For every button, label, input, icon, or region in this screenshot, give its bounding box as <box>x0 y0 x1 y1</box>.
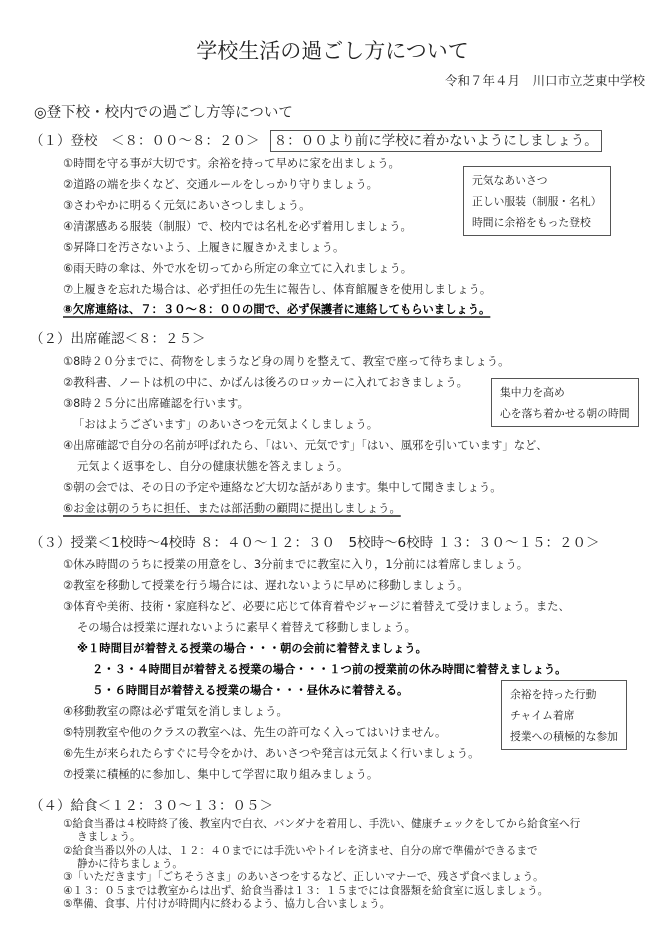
note-line: 正しい服装（制服・名札） <box>472 191 602 212</box>
list-item: ③体育や美術、技術・家庭科など、必要に応じて体育着やジャージに着替えて受けましょ… <box>63 601 570 612</box>
note-line: 余裕を持った行動 <box>510 684 618 705</box>
note-box-class: 余裕を持った行動 チャイム着席 授業への積極的な参加 <box>501 680 627 750</box>
changing-note: ５・６時間目が着替える授業の場合・・・昼休みに着替える。 <box>92 685 408 696</box>
section-1-title: （１）登校 ＜８：００～８：２０＞ <box>30 133 260 149</box>
note-box-arrival: 元気なあいさつ 正しい服装（制服・名札） 時間に余裕をもった登校 <box>463 166 611 236</box>
note-line: チャイム着席 <box>510 705 618 726</box>
list-item: ③「いただきます」「ごちそうさま」のあいさつをするなど、正しいマナーで、残さず食… <box>63 872 544 883</box>
list-item: ④出席確認で自分の名前が呼ばれたら、「はい、元気です」「はい、風邪を引いています… <box>63 440 548 451</box>
list-item: ⑤特別教室や他のクラスの教室へは、先生の許可なく入ってはいけません。 <box>63 727 446 738</box>
section-3-heading: （３）授業＜1校時～4校時 ８：４０～１２：３０ 5校時～6校時 １３：３０～１… <box>30 537 599 551</box>
list-item: ⑤準備、食事、片付けが時間内に終わるよう、協力し合いましょう。 <box>63 899 390 910</box>
note-line: 元気なあいさつ <box>472 170 602 191</box>
list-item: その場合は授業に遅れないように素早く着替えて移動しましょう。 <box>77 622 416 633</box>
list-item: 元気よく返事をし、自分の健康状態を答えましょう。 <box>77 461 348 472</box>
list-item: ②給食当番以外の人は、１２：４０までには手洗いやトイレを済ませ、自分の席で準備が… <box>63 846 538 857</box>
list-item: きましょう。 <box>77 832 141 843</box>
arrival-time-notice: ８：００より前に学校に着かないようにしましょう。 <box>270 130 602 152</box>
note-line: 心を落ち着かせる朝の時間 <box>500 403 630 424</box>
section-2-heading: （２）出席確認＜８：２５＞ <box>30 333 206 347</box>
note-line: 時間に余裕をもった登校 <box>472 212 602 233</box>
section-4-heading: （４）給食＜１２：３０～１３：０５＞ <box>30 800 273 814</box>
list-item: ③さわやかに明るく元気にあいさつしましょう。 <box>63 200 310 211</box>
note-box-attendance: 集中力を高め 心を落ち着かせる朝の時間 <box>491 378 639 427</box>
list-item: ①8時２０分までに、荷物をしまうなど身の周りを整えて、教室で座って待ちましょう。 <box>63 356 509 367</box>
list-item: 「おはようございます」のあいさつを元気よくしましょう。 <box>73 419 378 430</box>
list-item: ①時間を守る事が大切です。余裕を持って早めに家を出ましょう。 <box>63 158 400 169</box>
list-item: ③8時２５分に出席確認を行います。 <box>63 398 249 409</box>
section-1-heading: （１）登校 ＜８：００～８：２０＞ ８：００より前に学校に着かないようにしましょ… <box>30 135 602 149</box>
list-item: ⑥雨天時の傘は、外で水を切ってから所定の傘立てに入れましょう。 <box>63 263 412 274</box>
list-item: ④清潔感ある服装（制服）で、校内では名札を必ず着用しましょう。 <box>63 221 412 232</box>
note-line: 集中力を高め <box>500 382 630 403</box>
list-item: ①休み時間のうちに授業の用意をし、3分前までに教室に入り，1分前には着席しましょ… <box>63 559 528 570</box>
list-item: ②教室を移動して授業を行う場合には、遅れないように早めに移動しましょう。 <box>63 580 469 591</box>
section-heading: ◎登下校・校内での過ごし方等について <box>34 106 293 121</box>
list-item: ⑤朝の会では、その日の予定や連絡など大切な話があります。集中して聞きましょう。 <box>63 482 502 493</box>
changing-note: ２・３・４時間目が着替える授業の場合・・・１つ前の授業前の休み時間に着替えましょ… <box>92 664 566 675</box>
list-item: ②道路の端を歩くなど、交通ルールをしっかり守りましょう。 <box>63 179 378 190</box>
list-item: ⑦上履きを忘れた場合は、必ず担任の先生に報告し、体育館履きを使用しましょう。 <box>63 284 491 295</box>
list-item: ⑦授業に積極的に参加し、集中して学習に取り組みましょう。 <box>63 769 378 780</box>
list-item: ②教科書、ノートは机の中に、かばんは後ろのロッカーに入れておきましょう。 <box>63 377 468 388</box>
page-title: 学校生活の過ごし方について <box>0 41 665 62</box>
changing-note: ※１時間目が着替える授業の場合・・・朝の会前に着替えましょう。 <box>77 643 427 654</box>
list-item: ④１３：０５までは教室からは出ず、給食当番は１３：１５までには食器類を給食室に返… <box>63 886 548 897</box>
list-item: ⑤昇降口を汚さないよう、上履きに履きかえましょう。 <box>63 242 344 253</box>
date-and-school: 令和７年４月 川口市立芝東中学校 <box>445 75 645 88</box>
list-item: ①給食当番は４校時終了後、教室内で白衣、バンダナを着用し、手洗い、健康チェックを… <box>63 819 580 830</box>
list-item: 静かに待ちましょう。 <box>77 859 183 870</box>
money-item: ⑥お金は朝のうちに担任、または部活動の顧問に提出しましょう。 <box>63 503 401 514</box>
list-item: ⑥先生が来られたらすぐに号令をかけ、あいさつや発言は元気よく行いましょう。 <box>63 748 479 759</box>
note-line: 授業への積極的な参加 <box>510 726 618 747</box>
list-item: ④移動教室の際は必ず電気を消しましょう。 <box>63 706 288 717</box>
absence-contact-item: ⑧欠席連絡は、７：３０～８：００の間で、必ず保護者に連絡してもらいましょう。 <box>63 304 490 315</box>
